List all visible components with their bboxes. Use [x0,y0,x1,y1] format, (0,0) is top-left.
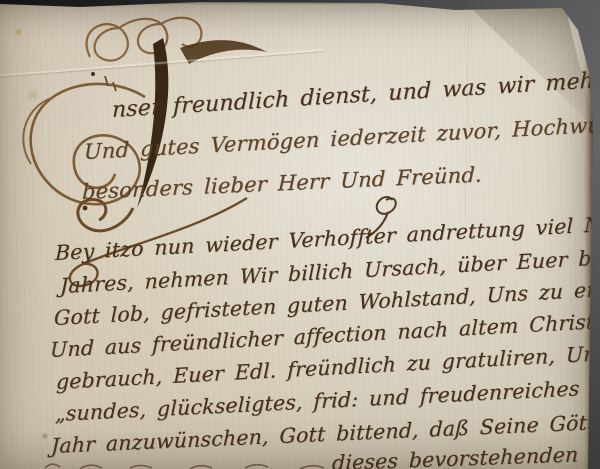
photo-backdrop: nser freundlich dienst, und was wir mehr… [0,0,600,469]
stain-spot [42,432,48,440]
cutoff-stroke-tops [40,461,340,469]
manuscript-page: nser freundlich dienst, und was wir mehr… [0,0,600,469]
paper-edge-top [0,0,580,5]
